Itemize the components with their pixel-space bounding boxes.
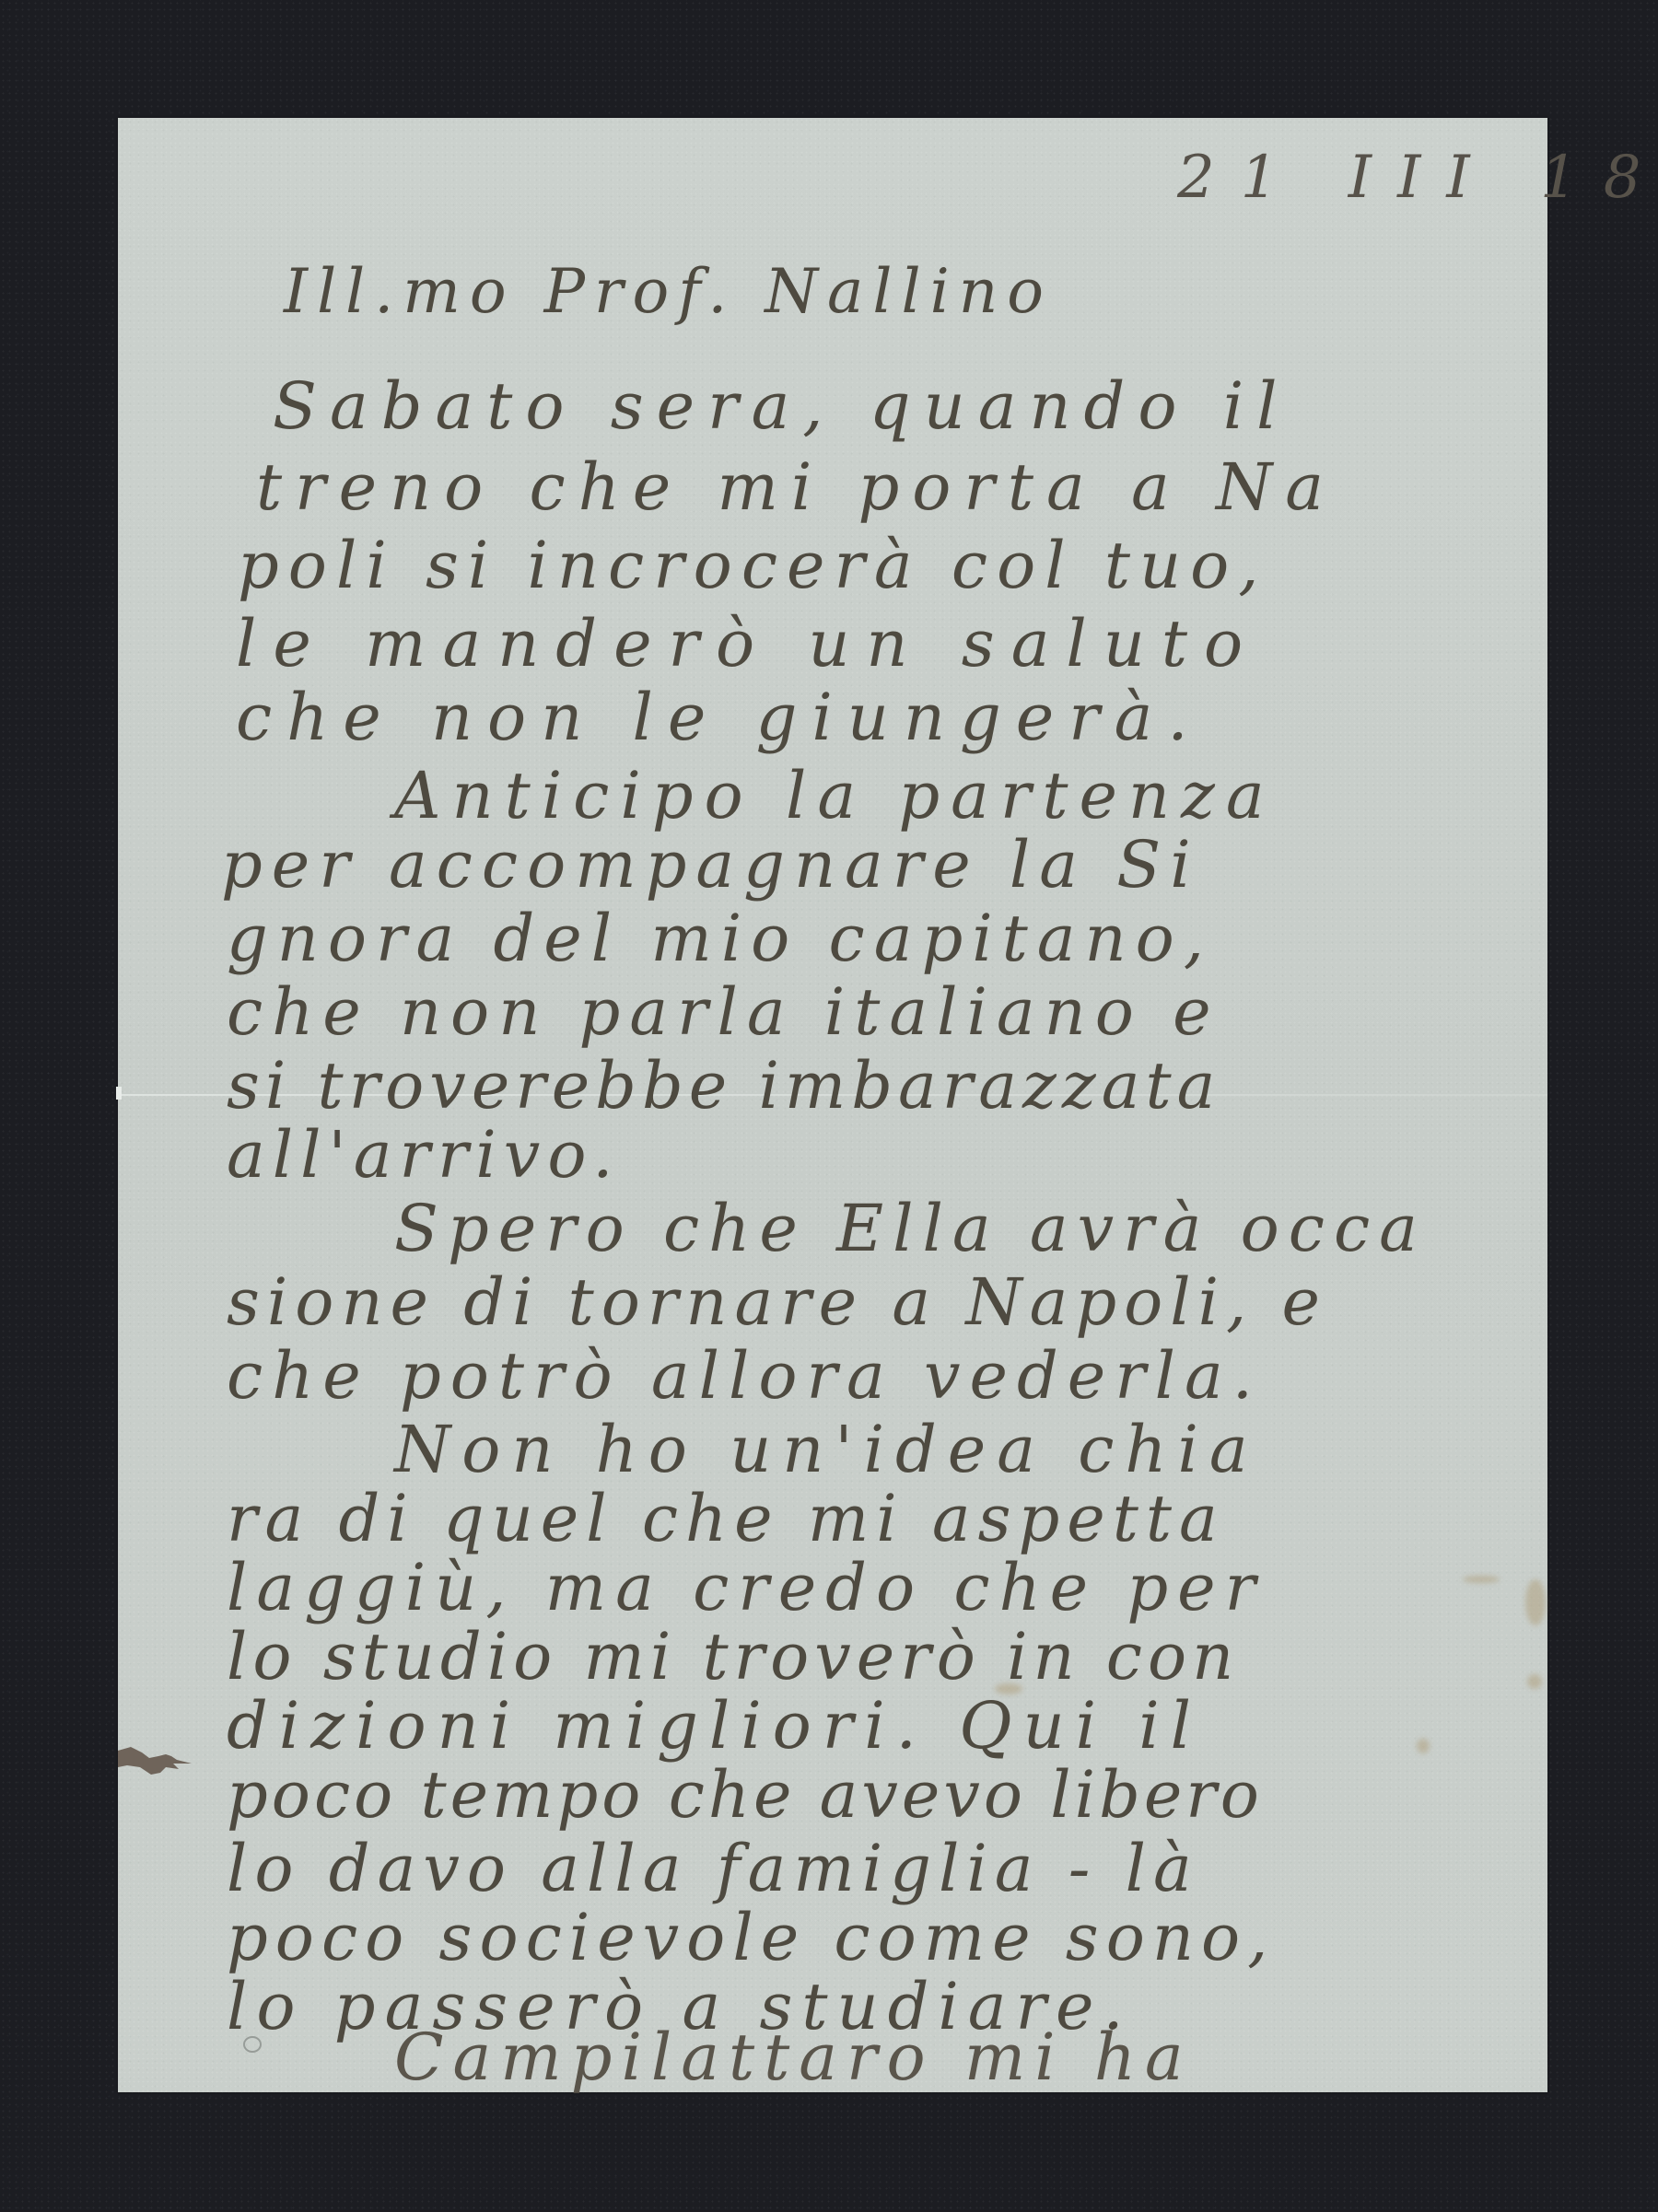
ink-stain (118, 1743, 201, 1780)
letter-sheet: 21 III 18 Ill.mo Prof. Nallino Sabato se… (118, 118, 1547, 2092)
letter-line: per accompagnare la Si (221, 827, 1200, 902)
letter-line: dizioni migliori. Qui il (227, 1688, 1202, 1764)
perforated-top-edge (118, 111, 1547, 123)
letter-salutation: Ill.mo Prof. Nallino (284, 256, 1053, 327)
foxing-stain (1417, 1739, 1430, 1753)
letter-line: le manderò un saluto (236, 606, 1259, 681)
letter-line: che non parla italiano e (227, 974, 1220, 1050)
letter-line: Campilattaro mi ha (394, 2020, 1193, 2095)
letter-line: si troverebbe imbarazzata (227, 1048, 1220, 1123)
letter-line: che potrò allora vederla. (227, 1338, 1262, 1414)
foxing-stain (1525, 1579, 1546, 1625)
letter-line: Non ho un'idea chia (394, 1412, 1259, 1487)
letter-line: poco tempo che avevo libero (227, 1757, 1263, 1833)
letter-line: Sabato sera, quando il (273, 368, 1290, 444)
letter-line: ra di quel che mi aspetta (227, 1481, 1225, 1556)
letter-line: che non le giungerà. (236, 680, 1203, 755)
letter-line: sione di tornare a Napoli, e (227, 1264, 1327, 1340)
letter-date: 21 III 18 (1177, 144, 1658, 212)
letter-line: poli si incrocerà col tuo, (238, 528, 1268, 603)
letter-line: all'arrivo. (227, 1117, 621, 1193)
foxing-stain (1463, 1576, 1500, 1583)
letter-line: Anticipo la partenza (394, 758, 1276, 833)
letter-line: poco socievole come sono, (227, 1900, 1275, 1975)
fold-notch (116, 1087, 122, 1100)
letter-line: lo studio mi troverò in con (227, 1619, 1239, 1694)
letter-line: treno che mi porta a Na (256, 449, 1337, 525)
letter-line: Spero che Ella avrà occa (394, 1191, 1427, 1266)
letter-line: gnora del mio capitano, (227, 901, 1213, 976)
letter-line: lo davo alla famiglia - là (227, 1831, 1199, 1906)
foxing-stain (1527, 1674, 1542, 1689)
letter-line: laggiù, ma credo che per (227, 1550, 1265, 1625)
